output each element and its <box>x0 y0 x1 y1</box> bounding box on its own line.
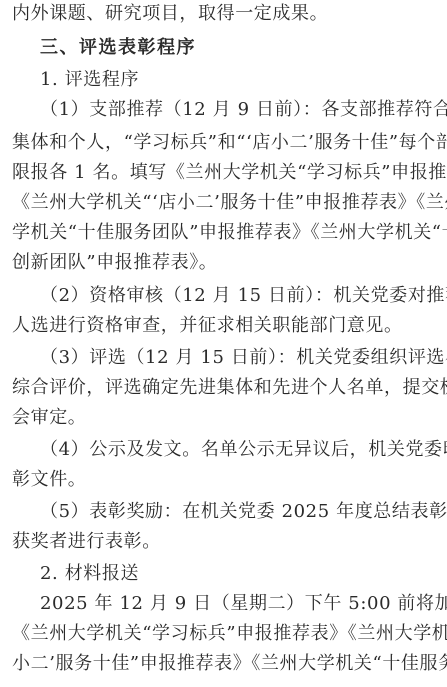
item-4-line-1: （4）公示及发文。名单公示无异议后，机关党委印发表 <box>40 439 447 461</box>
item-1-line-4: 《兰州大学机关“‘店小二’服务十佳”申报推荐表》《兰州大 <box>12 192 447 214</box>
item-1-line-1: （1）支部推荐（12 月 9 日前）：各支部推荐符合条件的 <box>40 99 447 121</box>
item-3-line-1: （3）评选（12 月 15 日前）：机关党委组织评选小组进行 <box>40 347 447 369</box>
item-5-line-1: （5）表彰奖励：在机关党委 2025 年度总结表彰会议上对 <box>40 501 447 523</box>
materials-line-3: 小二’服务十佳”申报推荐表》《兰州大学机关“十佳服务团 <box>12 653 447 675</box>
subsection-1-title: 1. 评选程序 <box>40 69 447 91</box>
subsection-2-title: 2. 材料报送 <box>40 563 447 585</box>
document-page: 内外课题、研究项目，取得一定成果。 三、评选表彰程序 1. 评选程序 （1）支部… <box>0 0 447 687</box>
materials-line-2: 《兰州大学机关“学习标兵”申报推荐表》《兰州大学机关“‘店 <box>12 623 447 645</box>
item-4-line-2: 彰文件。 <box>12 469 447 491</box>
item-1-line-3: 限报各 1 名。填写《兰州大学机关“学习标兵”申报推荐表》 <box>12 162 447 184</box>
section-heading: 三、评选表彰程序 <box>40 37 447 59</box>
materials-line-1: 2025 年 12 月 9 日（星期二）下午 5:00 前将加盖公章的 <box>40 593 447 615</box>
item-1-line-2: 集体和个人，“学习标兵”和“‘店小二’服务十佳”每个部门 <box>12 132 447 154</box>
item-1-line-5: 学机关“十佳服务团队”申报推荐表》《兰州大学机关“十佳 <box>12 222 447 244</box>
item-2-line-1: （2）资格审核（12 月 15 日前）：机关党委对推荐部门和 <box>40 285 447 307</box>
item-5-line-2: 获奖者进行表彰。 <box>12 531 447 553</box>
item-2-line-2: 人选进行资格审查，并征求相关职能部门意见。 <box>12 315 447 337</box>
item-3-line-2: 综合评价，评选确定先进集体和先进个人名单，提交机关党委 <box>12 377 447 399</box>
intro-tail-text: 内外课题、研究项目，取得一定成果。 <box>12 3 447 25</box>
item-3-line-3: 会审定。 <box>12 407 447 429</box>
item-1-line-6: 创新团队”申报推荐表》。 <box>12 252 447 274</box>
